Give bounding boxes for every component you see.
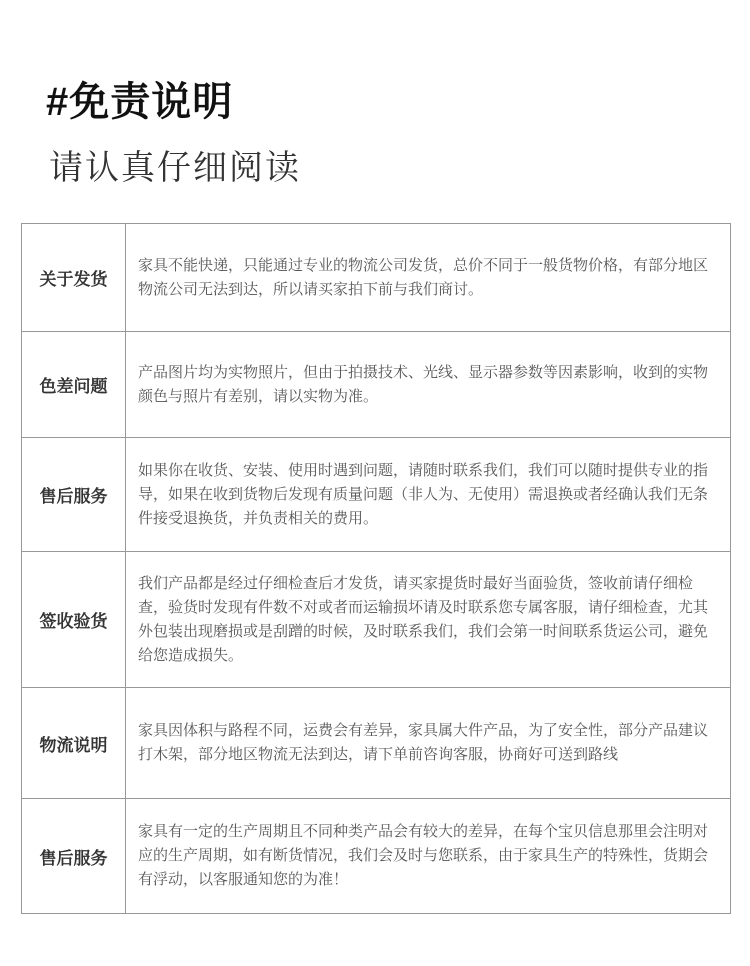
table-row: 色差问题 产品图片均为实物照片，但由于拍摄技术、光线、显示器参数等因素影响，收到… [22, 332, 731, 438]
page-title: #免责说明 [0, 0, 750, 126]
table-row: 物流说明 家具因体积与路程不同，运费会有差异，家具属大件产品，为了安全性，部分产… [22, 688, 731, 799]
table-row: 售后服务 家具有一定的生产周期且不同种类产品会有较大的差异，在每个宝贝信息那里会… [22, 799, 731, 914]
row-label: 色差问题 [22, 332, 126, 438]
row-content: 家具不能快递，只能通过专业的物流公司发货，总价不同于一般货物价格，有部分地区物流… [126, 224, 731, 332]
disclaimer-page: #免责说明 请认真仔细阅读 关于发货 家具不能快递，只能通过专业的物流公司发货，… [0, 0, 750, 966]
row-label: 签收验货 [22, 552, 126, 688]
row-label: 物流说明 [22, 688, 126, 799]
row-label: 售后服务 [22, 438, 126, 552]
table-row: 签收验货 我们产品都是经过仔细检查后才发货，请买家提货时最好当面验货，签收前请仔… [22, 552, 731, 688]
table-row: 售后服务 如果你在收货、安装、使用时遇到问题，请随时联系我们，我们可以随时提供专… [22, 438, 731, 552]
row-content: 家具有一定的生产周期且不同种类产品会有较大的差异，在每个宝贝信息那里会注明对应的… [126, 799, 731, 914]
table-row: 关于发货 家具不能快递，只能通过专业的物流公司发货，总价不同于一般货物价格，有部… [22, 224, 731, 332]
page-subtitle: 请认真仔细阅读 [0, 148, 750, 189]
row-content: 产品图片均为实物照片，但由于拍摄技术、光线、显示器参数等因素影响，收到的实物颜色… [126, 332, 731, 438]
row-content: 家具因体积与路程不同，运费会有差异，家具属大件产品，为了安全性，部分产品建议打木… [126, 688, 731, 799]
row-label: 关于发货 [22, 224, 126, 332]
row-content: 如果你在收货、安装、使用时遇到问题，请随时联系我们，我们可以随时提供专业的指导，… [126, 438, 731, 552]
row-content: 我们产品都是经过仔细检查后才发货，请买家提货时最好当面验货，签收前请仔细检查，验… [126, 552, 731, 688]
row-label: 售后服务 [22, 799, 126, 914]
disclaimer-table: 关于发货 家具不能快递，只能通过专业的物流公司发货，总价不同于一般货物价格，有部… [21, 223, 731, 914]
